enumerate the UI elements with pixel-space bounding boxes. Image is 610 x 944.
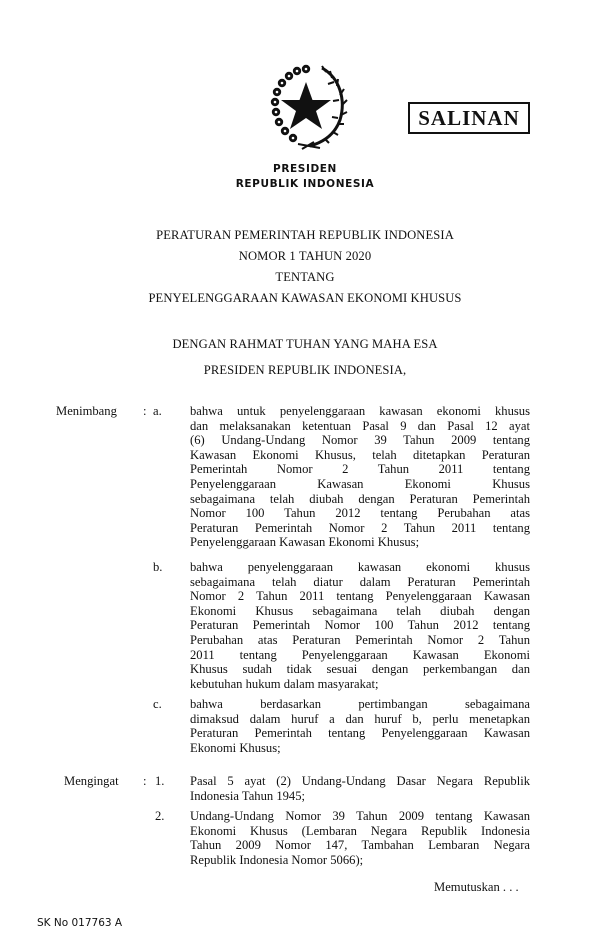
document-code: SK No 017763 A (37, 917, 122, 929)
garuda-star-wreath-icon (262, 60, 350, 150)
issuer-line-1: PRESIDEN (0, 163, 610, 175)
menimbang-item-marker: a. (153, 404, 162, 419)
menimbang-colon: : (143, 404, 147, 419)
regulation-tentang: TENTANG (0, 270, 610, 285)
menimbang-item-marker: b. (153, 560, 162, 575)
menimbang-item-text: bahwa untuk penyelenggaraan kawasan ekon… (190, 404, 530, 550)
menimbang-item-text: bahwa berdasarkan pertimbangan sebagaima… (190, 697, 530, 755)
issuer-line-2: REPUBLIK INDONESIA (0, 178, 610, 190)
menimbang-item-text: bahwa penyelenggaraan kawasan ekonomi kh… (190, 560, 530, 691)
regulation-title: PERATURAN PEMERINTAH REPUBLIK INDONESIA (0, 228, 610, 243)
mengingat-item-text: Pasal 5 ayat (2) Undang-Undang Dasar Neg… (190, 774, 530, 803)
preamble-line-1: DENGAN RAHMAT TUHAN YANG MAHA ESA (0, 337, 610, 352)
salinan-badge: SALINAN (408, 102, 530, 134)
preamble-line-2: PRESIDEN REPUBLIK INDONESIA, (0, 363, 610, 378)
regulation-subject: PENYELENGGARAAN KAWASAN EKONOMI KHUSUS (0, 291, 610, 306)
mengingat-label: Mengingat (64, 774, 119, 789)
menimbang-item-marker: c. (153, 697, 162, 712)
mengingat-item-text: Undang-Undang Nomor 39 Tahun 2009 tentan… (190, 809, 530, 867)
mengingat-item-marker: 1. (155, 774, 164, 789)
continuation-text: Memutuskan . . . (434, 880, 519, 895)
mengingat-colon: : (143, 774, 147, 789)
regulation-number: NOMOR 1 TAHUN 2020 (0, 249, 610, 264)
menimbang-label: Menimbang (56, 404, 117, 419)
mengingat-item-marker: 2. (155, 809, 164, 824)
